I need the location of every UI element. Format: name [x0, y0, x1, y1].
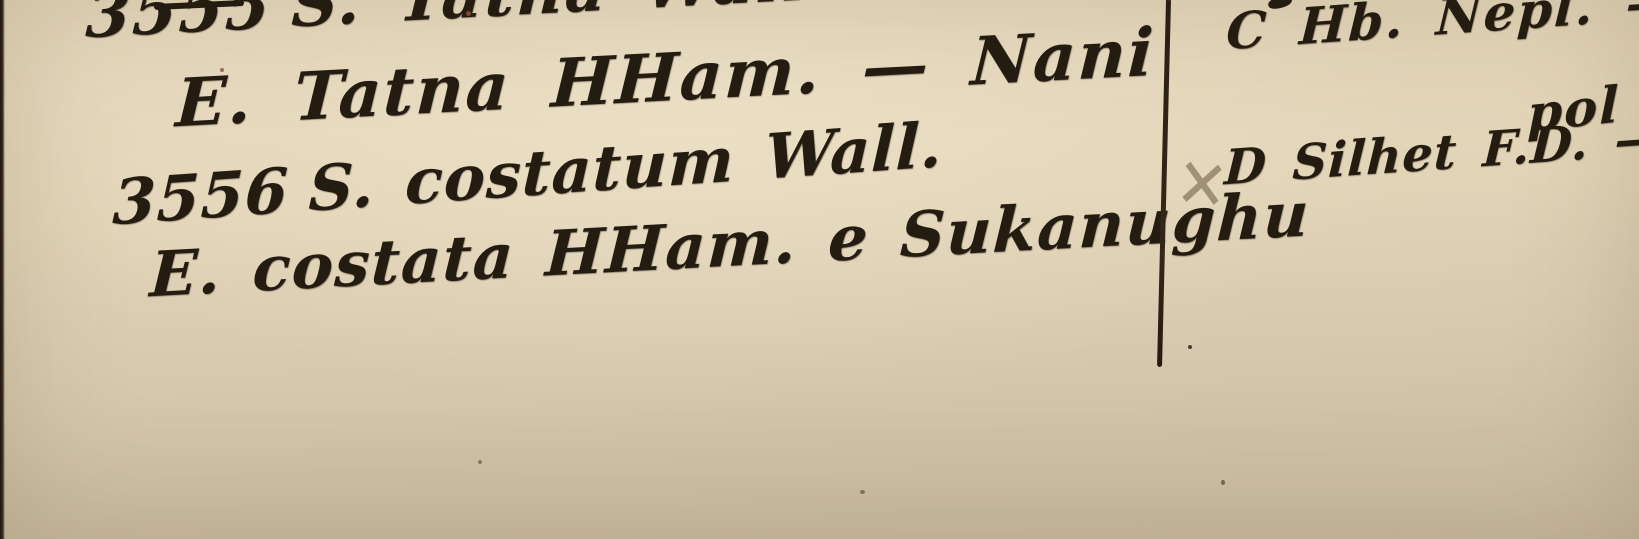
paper-speck — [860, 490, 865, 494]
paper-speck — [220, 68, 224, 72]
right-annotation-line2: D Silhet F.D. — — [1223, 109, 1639, 196]
catalog-number-3555: 3555 — [84, 0, 274, 53]
photo-left-edge — [0, 0, 5, 539]
paper-speck — [478, 460, 482, 464]
paper-speck — [1188, 345, 1192, 349]
paper-speck — [466, 11, 471, 16]
paper-speck — [1221, 480, 1225, 485]
right-annotation-line1: C Hb. Nepl. — — [1225, 0, 1639, 61]
column-divider-line — [1157, 0, 1171, 367]
catalog-number-3556: 3556 — [111, 154, 290, 240]
manuscript-photo: 3555S. Tatna Wall E. Tatna HHam. — Nani … — [0, 0, 1639, 539]
